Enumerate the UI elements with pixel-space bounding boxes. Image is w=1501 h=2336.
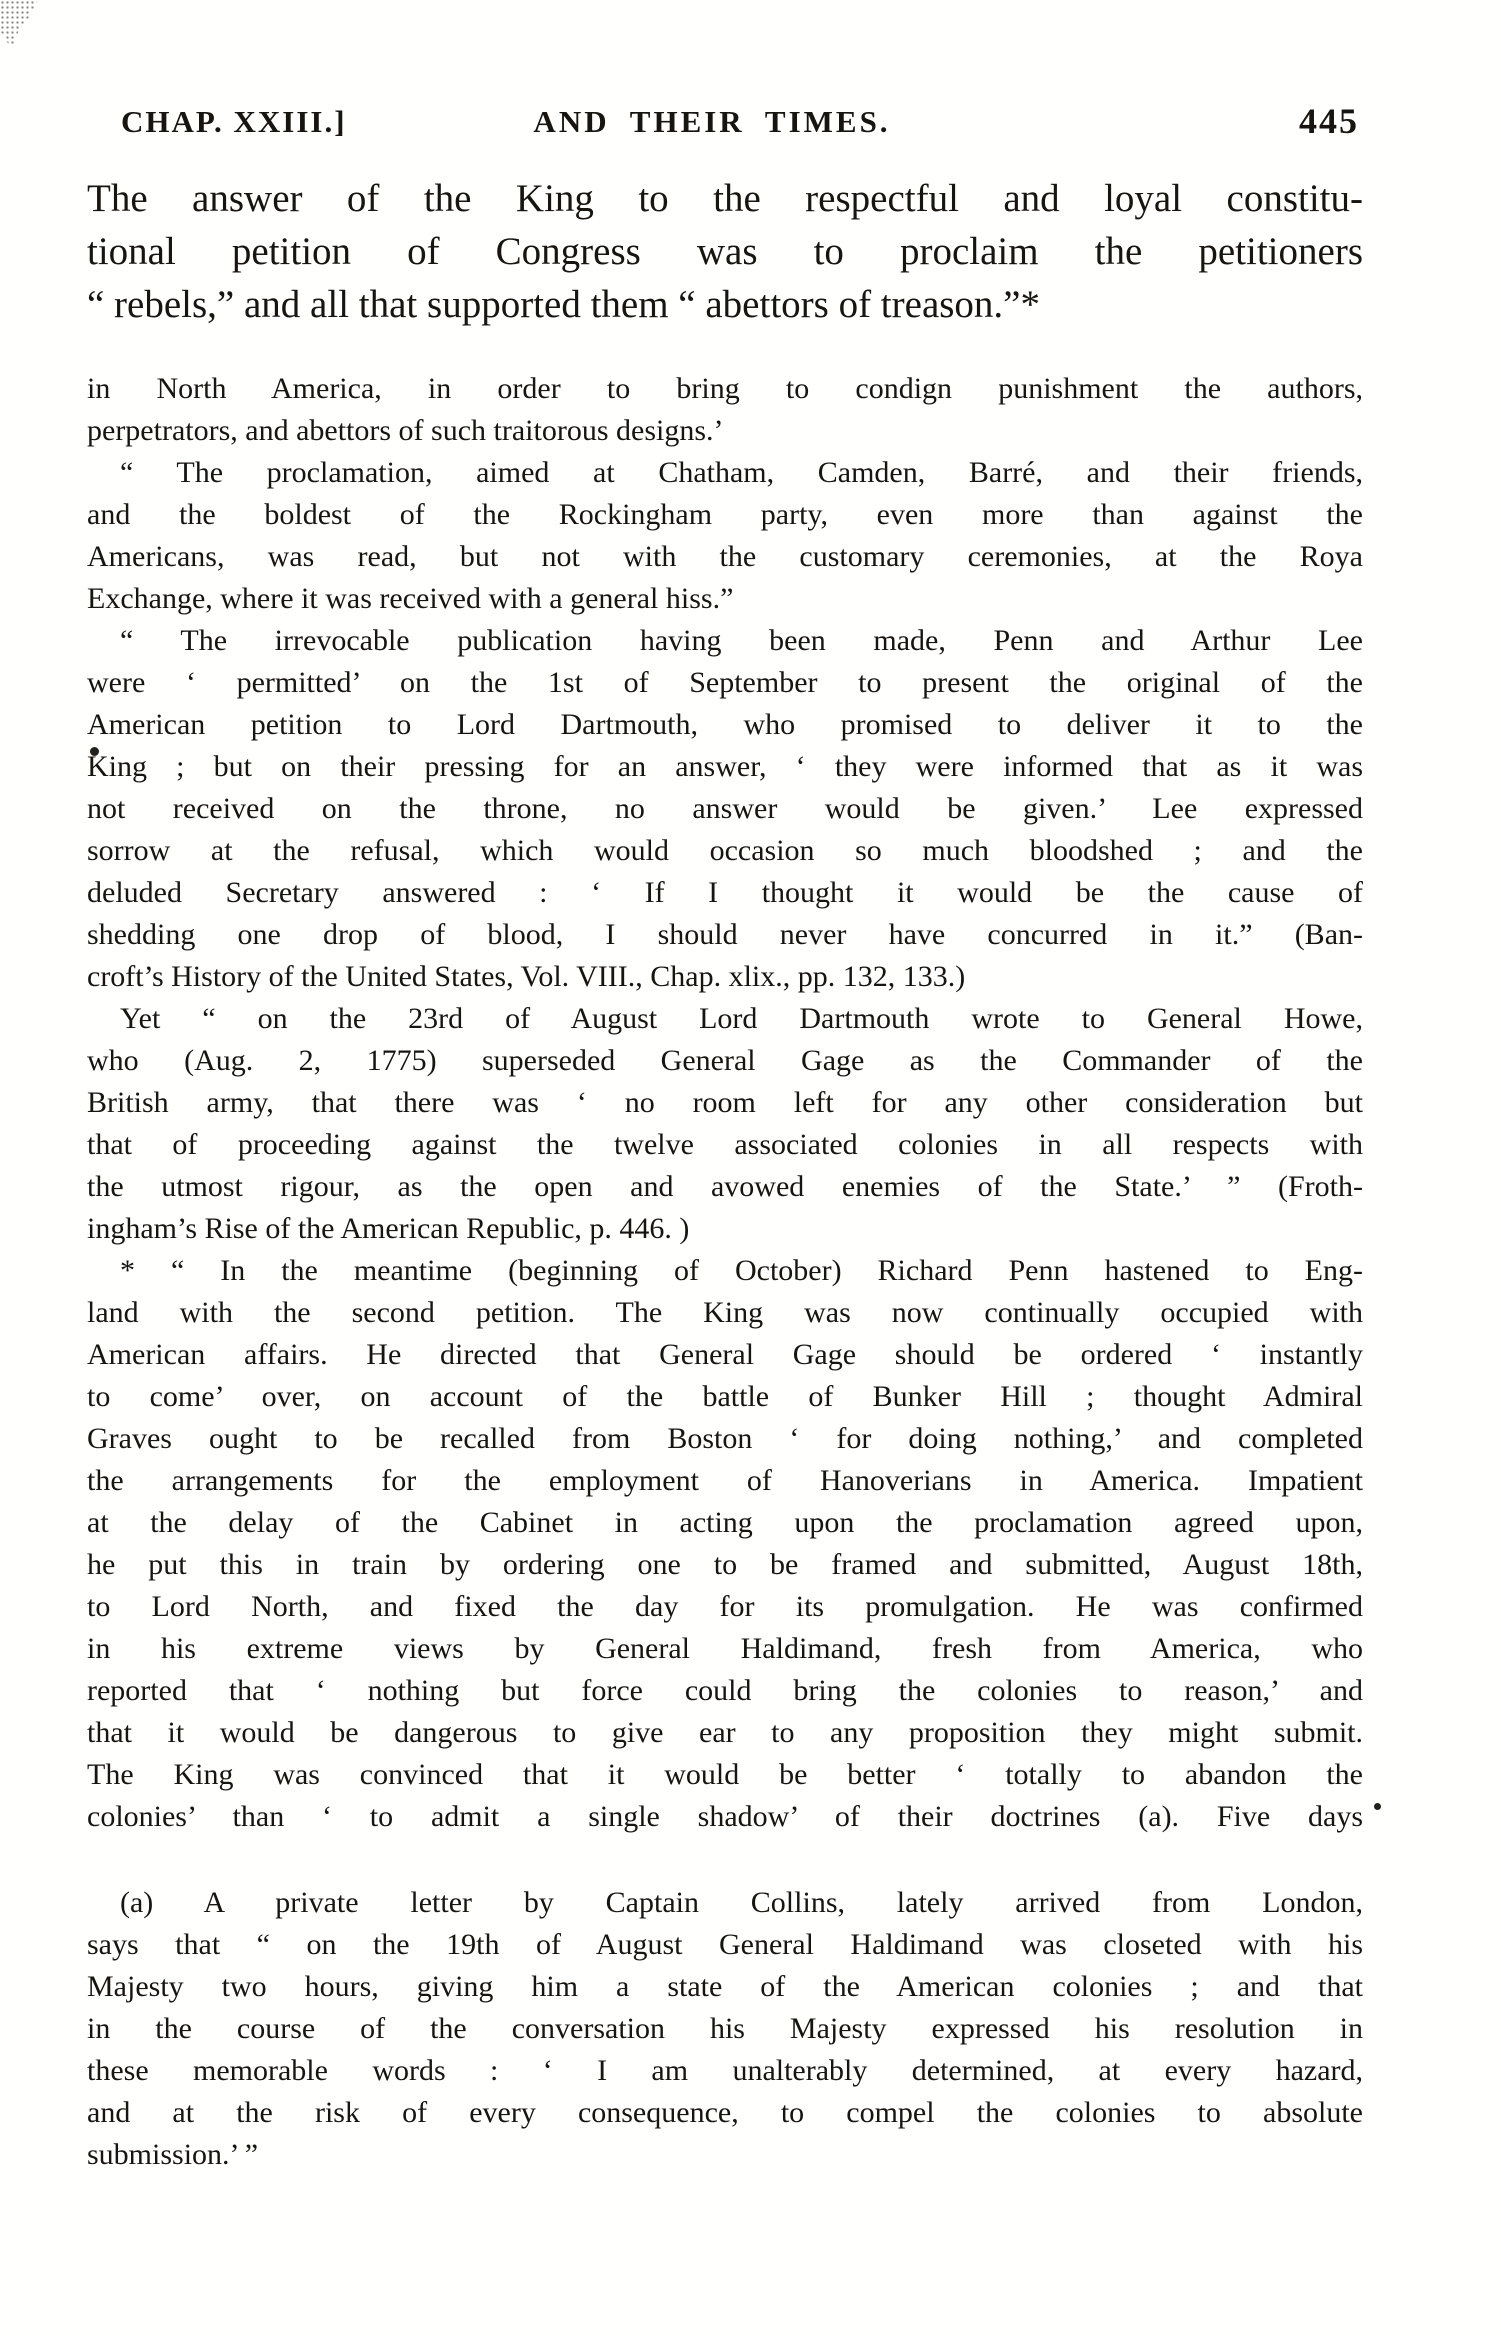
note-line: and the boldest of the Rockingham party,… [87, 494, 1363, 536]
note-line: at the delay of the Cabinet in acting up… [87, 1502, 1363, 1544]
footnote-line: says that “ on the 19th of August Genera… [87, 1924, 1363, 1966]
note-line: not received on the throne, no answer wo… [87, 788, 1363, 830]
footnote-line: (a) A private letter by Captain Collins,… [87, 1882, 1363, 1924]
note-line: croft’s History of the United States, Vo… [87, 956, 1363, 998]
note-line: in North America, in order to bring to c… [87, 368, 1363, 410]
note-line: land with the second petition. The King … [87, 1292, 1363, 1334]
footnote-line: and at the risk of every consequence, to… [87, 2092, 1363, 2134]
running-title: AND THEIR TIMES. [533, 104, 890, 140]
note-line: “ The irrevocable publication having bee… [87, 620, 1363, 662]
note-line: colonies’ than ‘ to admit a single shado… [87, 1796, 1363, 1838]
lead-line: The answer of the King to the respectful… [87, 172, 1363, 225]
note-line: Americans, was read, but not with the cu… [87, 536, 1363, 578]
footnote-line: these memorable words : ‘ I am unalterab… [87, 2050, 1363, 2092]
note-line: reported that ‘ nothing but force could … [87, 1670, 1363, 1712]
note-line: shedding one drop of blood, I should nev… [87, 914, 1363, 956]
footnote-line: submission.’ ” [87, 2134, 1363, 2176]
footnote-block: (a) A private letter by Captain Collins,… [87, 1882, 1363, 2176]
page-number: 445 [1299, 100, 1359, 142]
note-line: Yet “ on the 23rd of August Lord Dartmou… [87, 998, 1363, 1040]
ink-speck-left [90, 747, 99, 756]
note-line: deluded Secretary answered : ‘ If I thou… [87, 872, 1363, 914]
lead-line: “ rebels,” and all that supported them “… [87, 278, 1363, 331]
note-line: that of proceeding against the twelve as… [87, 1124, 1363, 1166]
note-line: Graves ought to be recalled from Boston … [87, 1418, 1363, 1460]
note-line: were ‘ permitted’ on the 1st of Septembe… [87, 662, 1363, 704]
note-line: in his extreme views by General Haldiman… [87, 1628, 1363, 1670]
note-line: King ; but on their pressing for an answ… [87, 746, 1363, 788]
lead-paragraph: The answer of the King to the respectful… [87, 172, 1363, 331]
note-line: “ The proclamation, aimed at Chatham, Ca… [87, 452, 1363, 494]
note-line: the utmost rigour, as the open and avowe… [87, 1166, 1363, 1208]
note-line: American petition to Lord Dartmouth, who… [87, 704, 1363, 746]
note-line: the arrangements for the employment of H… [87, 1460, 1363, 1502]
note-line: American affairs. He directed that Gener… [87, 1334, 1363, 1376]
note-line: to Lord North, and fixed the day for its… [87, 1586, 1363, 1628]
note-line: perpetrators, and abettors of such trait… [87, 410, 1363, 452]
note-line: sorrow at the refusal, which would occas… [87, 830, 1363, 872]
note-line: to come’ over, on account of the battle … [87, 1376, 1363, 1418]
note-line: British army, that there was ‘ no room l… [87, 1082, 1363, 1124]
chapter-label: CHAP. XXIII.] [121, 104, 347, 140]
note-line: who (Aug. 2, 1775) superseded General Ga… [87, 1040, 1363, 1082]
book-page: CHAP. XXIII.] AND THEIR TIMES. 445 The a… [0, 0, 1501, 2336]
scan-smudge [0, 0, 38, 44]
footnote-line: Majesty two hours, giving him a state of… [87, 1966, 1363, 2008]
ink-speck-right [1374, 1803, 1381, 1810]
note-line: Exchange, where it was received with a g… [87, 578, 1363, 620]
note-line: The King was convinced that it would be … [87, 1754, 1363, 1796]
note-line: * “ In the meantime (beginning of Octobe… [87, 1250, 1363, 1292]
note-line: he put this in train by ordering one to … [87, 1544, 1363, 1586]
note-line: ingham’s Rise of the American Republic, … [87, 1208, 1363, 1250]
footnote-line: in the course of the conversation his Ma… [87, 2008, 1363, 2050]
note-line: that it would be dangerous to give ear t… [87, 1712, 1363, 1754]
note-block: in North America, in order to bring to c… [87, 368, 1363, 1838]
lead-line: tional petition of Congress was to procl… [87, 225, 1363, 278]
